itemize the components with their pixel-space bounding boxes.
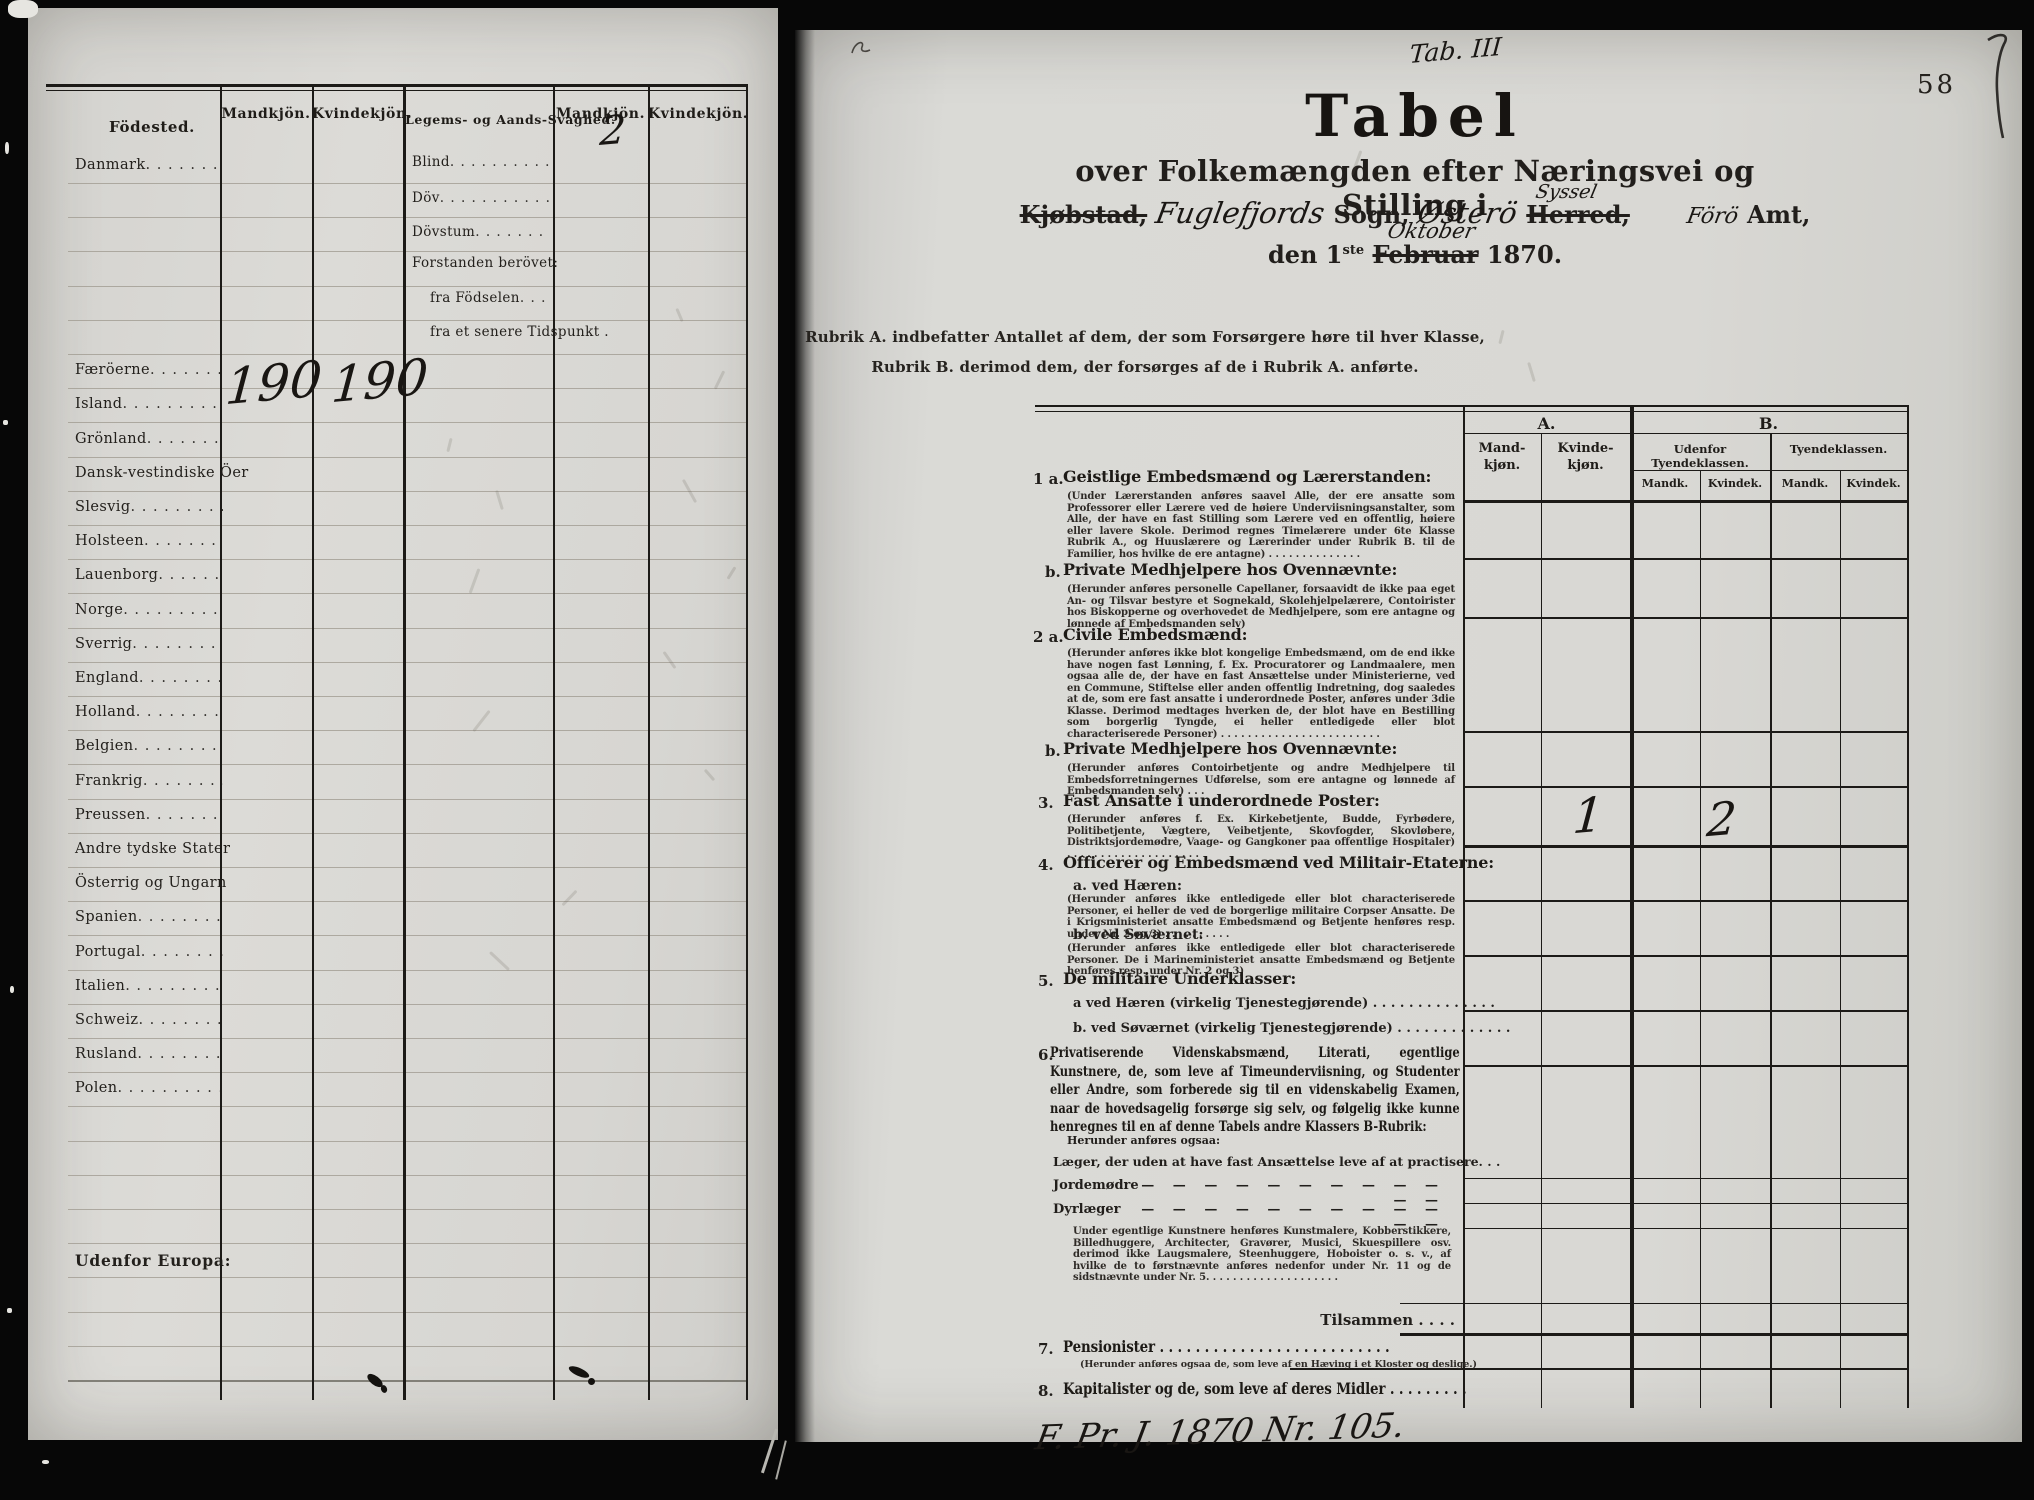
birthplace-row-f-r-erne: Færöerne . . . . . . . . . . . . . . . .… (75, 362, 223, 378)
table-row-line (68, 1004, 746, 1005)
grid-column-line (1700, 470, 1701, 1408)
dot-leader: . . . . . . . . . . . . . . . . . . . . … (141, 944, 223, 960)
date-prefix: den 1 (1268, 240, 1343, 269)
birthplace-label: Island (75, 396, 122, 412)
grid-subheader-mandk-1: Mandk. (1630, 477, 1700, 490)
birthplace-row-danmark: Danmark . . . . . . . . . . . . . . . . … (75, 157, 223, 173)
dot-leader: . . . . . . . . . . . . . . . . . . . . … (143, 773, 223, 789)
birthplace-row-polen: Polen . . . . . . . . . . . . . . . . . … (75, 1080, 223, 1096)
table-row-line (68, 559, 746, 560)
herred-struck-wrap: Syssel Herred, (1526, 200, 1630, 229)
table-row-line (68, 320, 746, 321)
table-row-line (68, 1141, 746, 1142)
item-heading-2a: Civile Embedsmænd: (1063, 625, 1247, 644)
table-row-line (68, 183, 746, 184)
table-row-line (68, 217, 746, 218)
item-number-1a: 1 a. (1033, 470, 1064, 488)
grid-column-line (1463, 405, 1465, 1408)
ghost-mark (495, 490, 504, 510)
table-row-line (68, 1277, 746, 1278)
dot-leader: . . . . . . . . . . . . . . . . . . . . … (450, 154, 550, 170)
birthplace-row-dansk-vestindiske-er: Dansk-vestindiske Öer . . . . . . . . . … (75, 465, 223, 481)
ink-smudge (567, 1364, 590, 1380)
table-row-line (68, 1243, 746, 1244)
column-header-fodested: Födested. (84, 118, 220, 136)
table-row-line (68, 901, 746, 902)
item-number-2b: b. (1045, 742, 1061, 760)
handwritten-row3-a-kvinde: 1 (1571, 787, 1606, 845)
birthplace-label: Frankrig (75, 773, 143, 789)
dot-leader: . . . . . . . . . . . . . . . . . . . . … (122, 396, 223, 412)
birthplace-label: Norge (75, 602, 123, 618)
ghost-mark (714, 370, 725, 389)
grid-header-udenfor-tyende: Udenfor Tyendeklassen. (1630, 442, 1770, 470)
item-5b-line: b. ved Søværnet (virkelig Tjenestegjøren… (1073, 1021, 1510, 1036)
dot-leader: . . . . . . . . . . . . . . . . . . . . … (158, 567, 223, 583)
stray-scribble (849, 38, 875, 60)
ghost-mark (727, 566, 737, 579)
ghost-mark (704, 769, 715, 782)
item-number-3: 3. (1038, 794, 1054, 812)
item-6-kunstnere-note: Under egentlige Kunstnere henføres Kunst… (1073, 1226, 1451, 1284)
item-6-laeger-line: Læger, der uden at have fast Ansættelse … (1053, 1154, 1500, 1169)
grid-row-line (1035, 405, 1907, 407)
page-number: 58 (1917, 70, 1956, 100)
birthplace-label: Spanien (75, 909, 138, 925)
birthplace-label: Andre tydske Stater (75, 841, 230, 857)
birthplace-label: Lauenborg (75, 567, 158, 583)
document-title: Tabel (1035, 82, 1795, 150)
birthplace-row-schweiz: Schweiz . . . . . . . . . . . . . . . . … (75, 1012, 223, 1028)
ghost-mark (1498, 330, 1504, 344)
birthplace-row-lauenborg: Lauenborg . . . . . . . . . . . . . . . … (75, 567, 223, 583)
ghost-mark (472, 710, 490, 732)
grid-row-line (1400, 1303, 1907, 1304)
paper-tear-mark (8, 0, 38, 18)
item-number-2a: 2 a. (1033, 628, 1064, 646)
grid-subheader-mandk-2: Mandk. (1770, 477, 1840, 490)
birthplace-row-portugal: Portugal . . . . . . . . . . . . . . . .… (75, 944, 223, 960)
birthplace-label: Sverrig (75, 636, 132, 652)
kjobstad-struck: Kjøbstad, (1020, 200, 1148, 229)
birthplace-label: Danmark (75, 157, 146, 173)
birthplace-label: England (75, 670, 139, 686)
ghost-mark (489, 951, 510, 971)
grid-row-line (1035, 411, 1907, 412)
table-top-rule-2 (46, 90, 748, 91)
handwritten-value-faeroerne-mand: 190 (223, 350, 323, 416)
table-row-line (68, 251, 746, 252)
handwritten-sogn-name: Fuglefjords (1153, 196, 1327, 230)
handwritten-value-blind-mand: 2 (598, 107, 627, 155)
dot-leader: . . . . . . . . . . . . . . . . . . . . … (475, 224, 550, 240)
birthplace-label: Österrig og Ungarn (75, 875, 227, 891)
grid-header-kvindekjon: Kvinde- kjøn. (1541, 440, 1630, 474)
grid-column-line (1907, 405, 1909, 1408)
month-struck-wrap: Oktober Februar (1372, 240, 1478, 269)
item-heading-1b: Private Medhjelpere hos Ovennævnte: (1063, 560, 1397, 579)
table-row-line (68, 1072, 746, 1073)
ghost-mark (663, 651, 677, 669)
infirmity-row-3: Forstanden berövet: (412, 255, 550, 271)
table-row-line (68, 1380, 746, 1382)
table-row-line (68, 696, 746, 697)
handwritten-tab-label: Tab. III (1409, 32, 1503, 69)
infirmity-row-5: fra et senere Tidspunkt . (430, 324, 550, 340)
column-rule (746, 84, 748, 1400)
table-row-line (68, 764, 746, 765)
item-heading-3: Fast Ansatte i underordnede Poster: (1063, 791, 1380, 810)
birthplace-label: Schweiz (75, 1012, 138, 1028)
infirmity-label: fra et senere Tidspunkt . (430, 324, 609, 340)
birthplace-row-holsteen: Holsteen . . . . . . . . . . . . . . . .… (75, 533, 223, 549)
item-6-herunder: Herunder anføres ogsaa: (1067, 1134, 1220, 1147)
grid-column-line (1840, 470, 1841, 1408)
table-row-line (68, 935, 746, 936)
table-row-line (68, 1312, 746, 1313)
column-rule (403, 84, 406, 1400)
table-row-line (68, 970, 746, 971)
grid-header-tyendeklassen: Tyendeklassen. (1770, 442, 1907, 456)
handwritten-value-faeroerne-kvinde: 190 (329, 348, 429, 414)
grid-column-line (1541, 433, 1542, 1408)
ghost-mark (1527, 362, 1536, 382)
item-heading-2b: Private Medhjelpere hos Ovennævnte: (1063, 739, 1397, 758)
dot-leader: . . . . . . . . . . . . . . . . . . . . … (150, 362, 223, 378)
birthplace-row-andre-tydske-stater: Andre tydske Stater . . . . . . . . . . … (75, 841, 223, 857)
date-ordinal: ste (1343, 243, 1365, 258)
date-line: den 1ste Oktober Februar 1870. (1035, 240, 1795, 269)
table-row-line (68, 1346, 746, 1347)
item-note-1a: (Under Lærerstanden anføres saavel Alle,… (1067, 491, 1455, 560)
birthplace-label: Slesvig (75, 499, 131, 515)
birthplace-label: Holland (75, 704, 136, 720)
table-row-line (68, 286, 746, 287)
column-header-mandkjon: Mandkjön. (220, 106, 312, 122)
item-note-2a: (Herunder anføres ikke blot kongelige Em… (1067, 648, 1455, 740)
grid-row-line (1630, 470, 1907, 471)
dot-leader: . . . . . . . . . . . . . . . . . . . . … (136, 704, 223, 720)
item-number-8: 8. (1038, 1382, 1054, 1400)
birthplace-row-island: Island . . . . . . . . . . . . . . . . .… (75, 396, 223, 412)
item-number-4: 4. (1038, 856, 1054, 874)
grid-subheader-kvindek-2: Kvindek. (1840, 477, 1907, 490)
year: 1870. (1487, 240, 1562, 269)
table-row-line (68, 1175, 746, 1176)
infirmity-row-2: Dövstum . . . . . . . . . . . . . . . . … (412, 224, 550, 240)
column-header-svaghed: Legems- og Aands-Svaghed. (405, 112, 553, 127)
birthplace-label: Færöerne (75, 362, 150, 378)
dot-leader: . . . . . . . . . . . . . . . . . . . . … (147, 431, 223, 447)
dot-leader: . . . . . . . . . . . . . . . . . . . . … (132, 636, 223, 652)
dot-leader: . . . . . . . . . . . . . . . . . . . . … (440, 190, 550, 206)
birthplace-row-holland: Holland . . . . . . . . . . . . . . . . … (75, 704, 223, 720)
grid-header-mandkjon: Mand- kjøn. (1463, 440, 1541, 474)
birthplace-label: Holsteen (75, 533, 144, 549)
handwritten-month: Oktober (1386, 219, 1478, 243)
ghost-mark (446, 438, 452, 452)
item-note-7: (Herunder anføres ogsaa de, som leve af … (1080, 1359, 1468, 1371)
herred-struck: Herred, (1526, 200, 1630, 229)
dot-leader: . . . . . . . . . . . . . . . . . . . . … (117, 1080, 223, 1096)
birthplace-row-udenfor-europa-: Udenfor Europa: (75, 1251, 223, 1270)
tilsammen-line: Tilsammen . . . . (1250, 1311, 1455, 1329)
table-row-line (68, 491, 746, 492)
birthplace-label: Udenfor Europa: (75, 1251, 231, 1270)
birthplace-label: Polen (75, 1080, 117, 1096)
binding-gutter-shadow (795, 30, 815, 1442)
birthplace-row-spanien: Spanien . . . . . . . . . . . . . . . . … (75, 909, 223, 925)
item-heading-6: Privatiserende Videnskabsmænd, Literati,… (1050, 1044, 1460, 1137)
table-row-line (68, 628, 746, 629)
birthplace-label: Rusland (75, 1046, 137, 1062)
table-top-rule (46, 84, 748, 87)
ink-smudge (588, 1378, 595, 1385)
table-row-line (68, 730, 746, 731)
infirmity-row-0: Blind . . . . . . . . . . . . . . . . . … (412, 154, 550, 170)
birthplace-label: Italien (75, 978, 125, 994)
infirmity-label: Blind (412, 154, 450, 170)
table-row-line (68, 799, 746, 800)
rubrik-b-text: Rubrik B. derimod dem, der forsørges af … (795, 358, 1495, 376)
table-row-line (68, 1106, 746, 1107)
birthplace-row-preussen: Preussen . . . . . . . . . . . . . . . .… (75, 807, 223, 823)
infirmity-label: Dövstum (412, 224, 475, 240)
amt-label: Amt, (1747, 200, 1810, 229)
table-row-line (68, 1038, 746, 1039)
column-rule (220, 84, 222, 1400)
table-row-line (68, 867, 746, 868)
item-number-5: 5. (1038, 972, 1054, 990)
item-heading-7: Pensionister . . . . . . . . . . . . . .… (1063, 1337, 1390, 1356)
table-row-line (68, 1209, 746, 1210)
edge-speck (7, 1308, 12, 1313)
table-row-line (68, 662, 746, 663)
column-rule (648, 84, 650, 1400)
edge-speck (5, 142, 9, 154)
grid-column-line (1630, 405, 1634, 1408)
edge-speck (10, 986, 14, 993)
grid-column-line (1770, 433, 1772, 1408)
table-row-line (68, 593, 746, 594)
edge-speck (3, 420, 8, 425)
birthplace-row--sterrig-og-ungarn: Österrig og Ungarn . . . . . . . . . . .… (75, 875, 223, 891)
birthplace-label: Portugal (75, 944, 141, 960)
birthplace-row-england: England . . . . . . . . . . . . . . . . … (75, 670, 223, 686)
item-4a-label: a. ved Hæren: (1073, 878, 1182, 894)
edge-speck (42, 1460, 49, 1464)
infirmity-label: Forstanden berövet: (412, 255, 558, 271)
column-header-kvindekjon-2: Kvindekjön. (648, 106, 746, 122)
table-row-line (68, 422, 746, 423)
dot-leader: . . . . . . . . . . . . . . . . . . . . … (138, 1012, 223, 1028)
dot-leader: . . . . . . . . . . . . . . . . . . . . … (146, 157, 223, 173)
table-row-line (68, 833, 746, 834)
birthplace-row-slesvig: Slesvig . . . . . . . . . . . . . . . . … (75, 499, 223, 515)
ghost-mark (561, 890, 577, 906)
birthplace-row-norge: Norge . . . . . . . . . . . . . . . . . … (75, 602, 223, 618)
dot-leader: . . . . . . . . . . . . . . . . . . . . … (144, 533, 223, 549)
ghost-mark (469, 568, 481, 593)
rubrik-a-text: Rubrik A. indbefatter Antallet af dem, d… (795, 328, 1495, 346)
item-4b-label: b. ved Søværnet: (1073, 927, 1204, 943)
grid-header-a: A. (1463, 414, 1630, 433)
infirmity-row-1: Döv . . . . . . . . . . . . . . . . . . … (412, 190, 550, 206)
scanned-census-spread: Födested. Mandkjön. Kvindekjön. Legems- … (0, 0, 2034, 1500)
pen-stroke-mark (1980, 30, 2030, 145)
birthplace-label: Dansk-vestindiske Öer (75, 465, 249, 481)
birthplace-row-belgien: Belgien . . . . . . . . . . . . . . . . … (75, 738, 223, 754)
month-struck: Februar (1372, 240, 1478, 269)
birthplace-label: Preussen (75, 807, 146, 823)
item-number-1b: b. (1045, 563, 1061, 581)
birthplace-row-italien: Italien . . . . . . . . . . . . . . . . … (75, 978, 223, 994)
birthplace-label: Belgien (75, 738, 134, 754)
page-edge-sliver (775, 1440, 787, 1479)
item-number-7: 7. (1038, 1340, 1054, 1358)
dot-leader: . . . . . . . . . . . . . . . . . . . . … (131, 499, 223, 515)
infirmity-label: Döv (412, 190, 440, 206)
dot-leader: . . . . . . . . . . . . . . . . . . . . … (139, 670, 223, 686)
ink-smudge (380, 1384, 388, 1394)
handwritten-archive-note: F. Pr. J. 1870 Nr. 105. (1032, 1406, 1408, 1459)
handwritten-syssel: Syssel (1534, 181, 1599, 203)
birthplace-label: Grönland (75, 431, 147, 447)
dot-leader: . . . . . . . . . . . . . . . . . . . . … (125, 978, 223, 994)
dot-leader: . . . . . . . . . . . . . . . . . . . . … (134, 738, 223, 754)
item-5a-line: a ved Hæren (virkelig Tjenestegjørende) … (1073, 996, 1495, 1011)
grid-row-line (1400, 1333, 1907, 1336)
dot-leader: . . . . . . . . . . . . . . . . . . . . … (123, 602, 223, 618)
column-header-kvindekjon: Kvindekjön. (312, 106, 403, 122)
dot-leader: . . . . . . . . . . . . . . . . . . . . … (137, 1046, 223, 1062)
birthplace-row-frankrig: Frankrig . . . . . . . . . . . . . . . .… (75, 773, 223, 789)
infirmity-row-4: fra Födselen . . . . . . . . . . . . . .… (430, 290, 550, 306)
handwritten-row3-b-udenfor-kvinde: 2 (1705, 791, 1738, 847)
item-note-1b: (Herunder anføres personelle Capellaner,… (1067, 584, 1455, 630)
item-heading-5: De militaire Underklasser: (1063, 969, 1296, 988)
column-rule (312, 84, 314, 1400)
column-rule (553, 84, 555, 1400)
item-heading-4: Officerer og Embedsmænd ved Militair-Eta… (1063, 853, 1494, 872)
item-heading-1a: Geistlige Embedsmænd og Lærerstanden: (1063, 467, 1431, 486)
right-page: Tab. III 58 Tabel over Folkemængden efte… (795, 30, 2022, 1442)
handwritten-amt-name: Förö (1685, 204, 1740, 229)
birthplace-row-sverrig: Sverrig . . . . . . . . . . . . . . . . … (75, 636, 223, 652)
dot-leader: . . . . . . . . . . . . . . . . . . . . … (520, 290, 550, 306)
table-row-line (68, 525, 746, 526)
dot-leader: . . . . . . . . . . . . . . . . . . . . … (146, 807, 223, 823)
left-page: Födested. Mandkjön. Kvindekjön. Legems- … (28, 8, 778, 1440)
dot-leader: . . . . . . . . . . . . . . . . . . . . … (138, 909, 223, 925)
item-heading-8: Kapitalister og de, som leve af deres Mi… (1063, 1379, 1467, 1398)
grid-row-line (1463, 433, 1907, 434)
grid-header-b: B. (1630, 414, 1907, 433)
infirmity-label: fra Födselen (430, 290, 520, 306)
table-row-line (68, 457, 746, 458)
birthplace-row-rusland: Rusland . . . . . . . . . . . . . . . . … (75, 1046, 223, 1062)
grid-subheader-kvindek-1: Kvindek. (1700, 477, 1770, 490)
birthplace-row-gr-nland: Grönland . . . . . . . . . . . . . . . .… (75, 431, 223, 447)
